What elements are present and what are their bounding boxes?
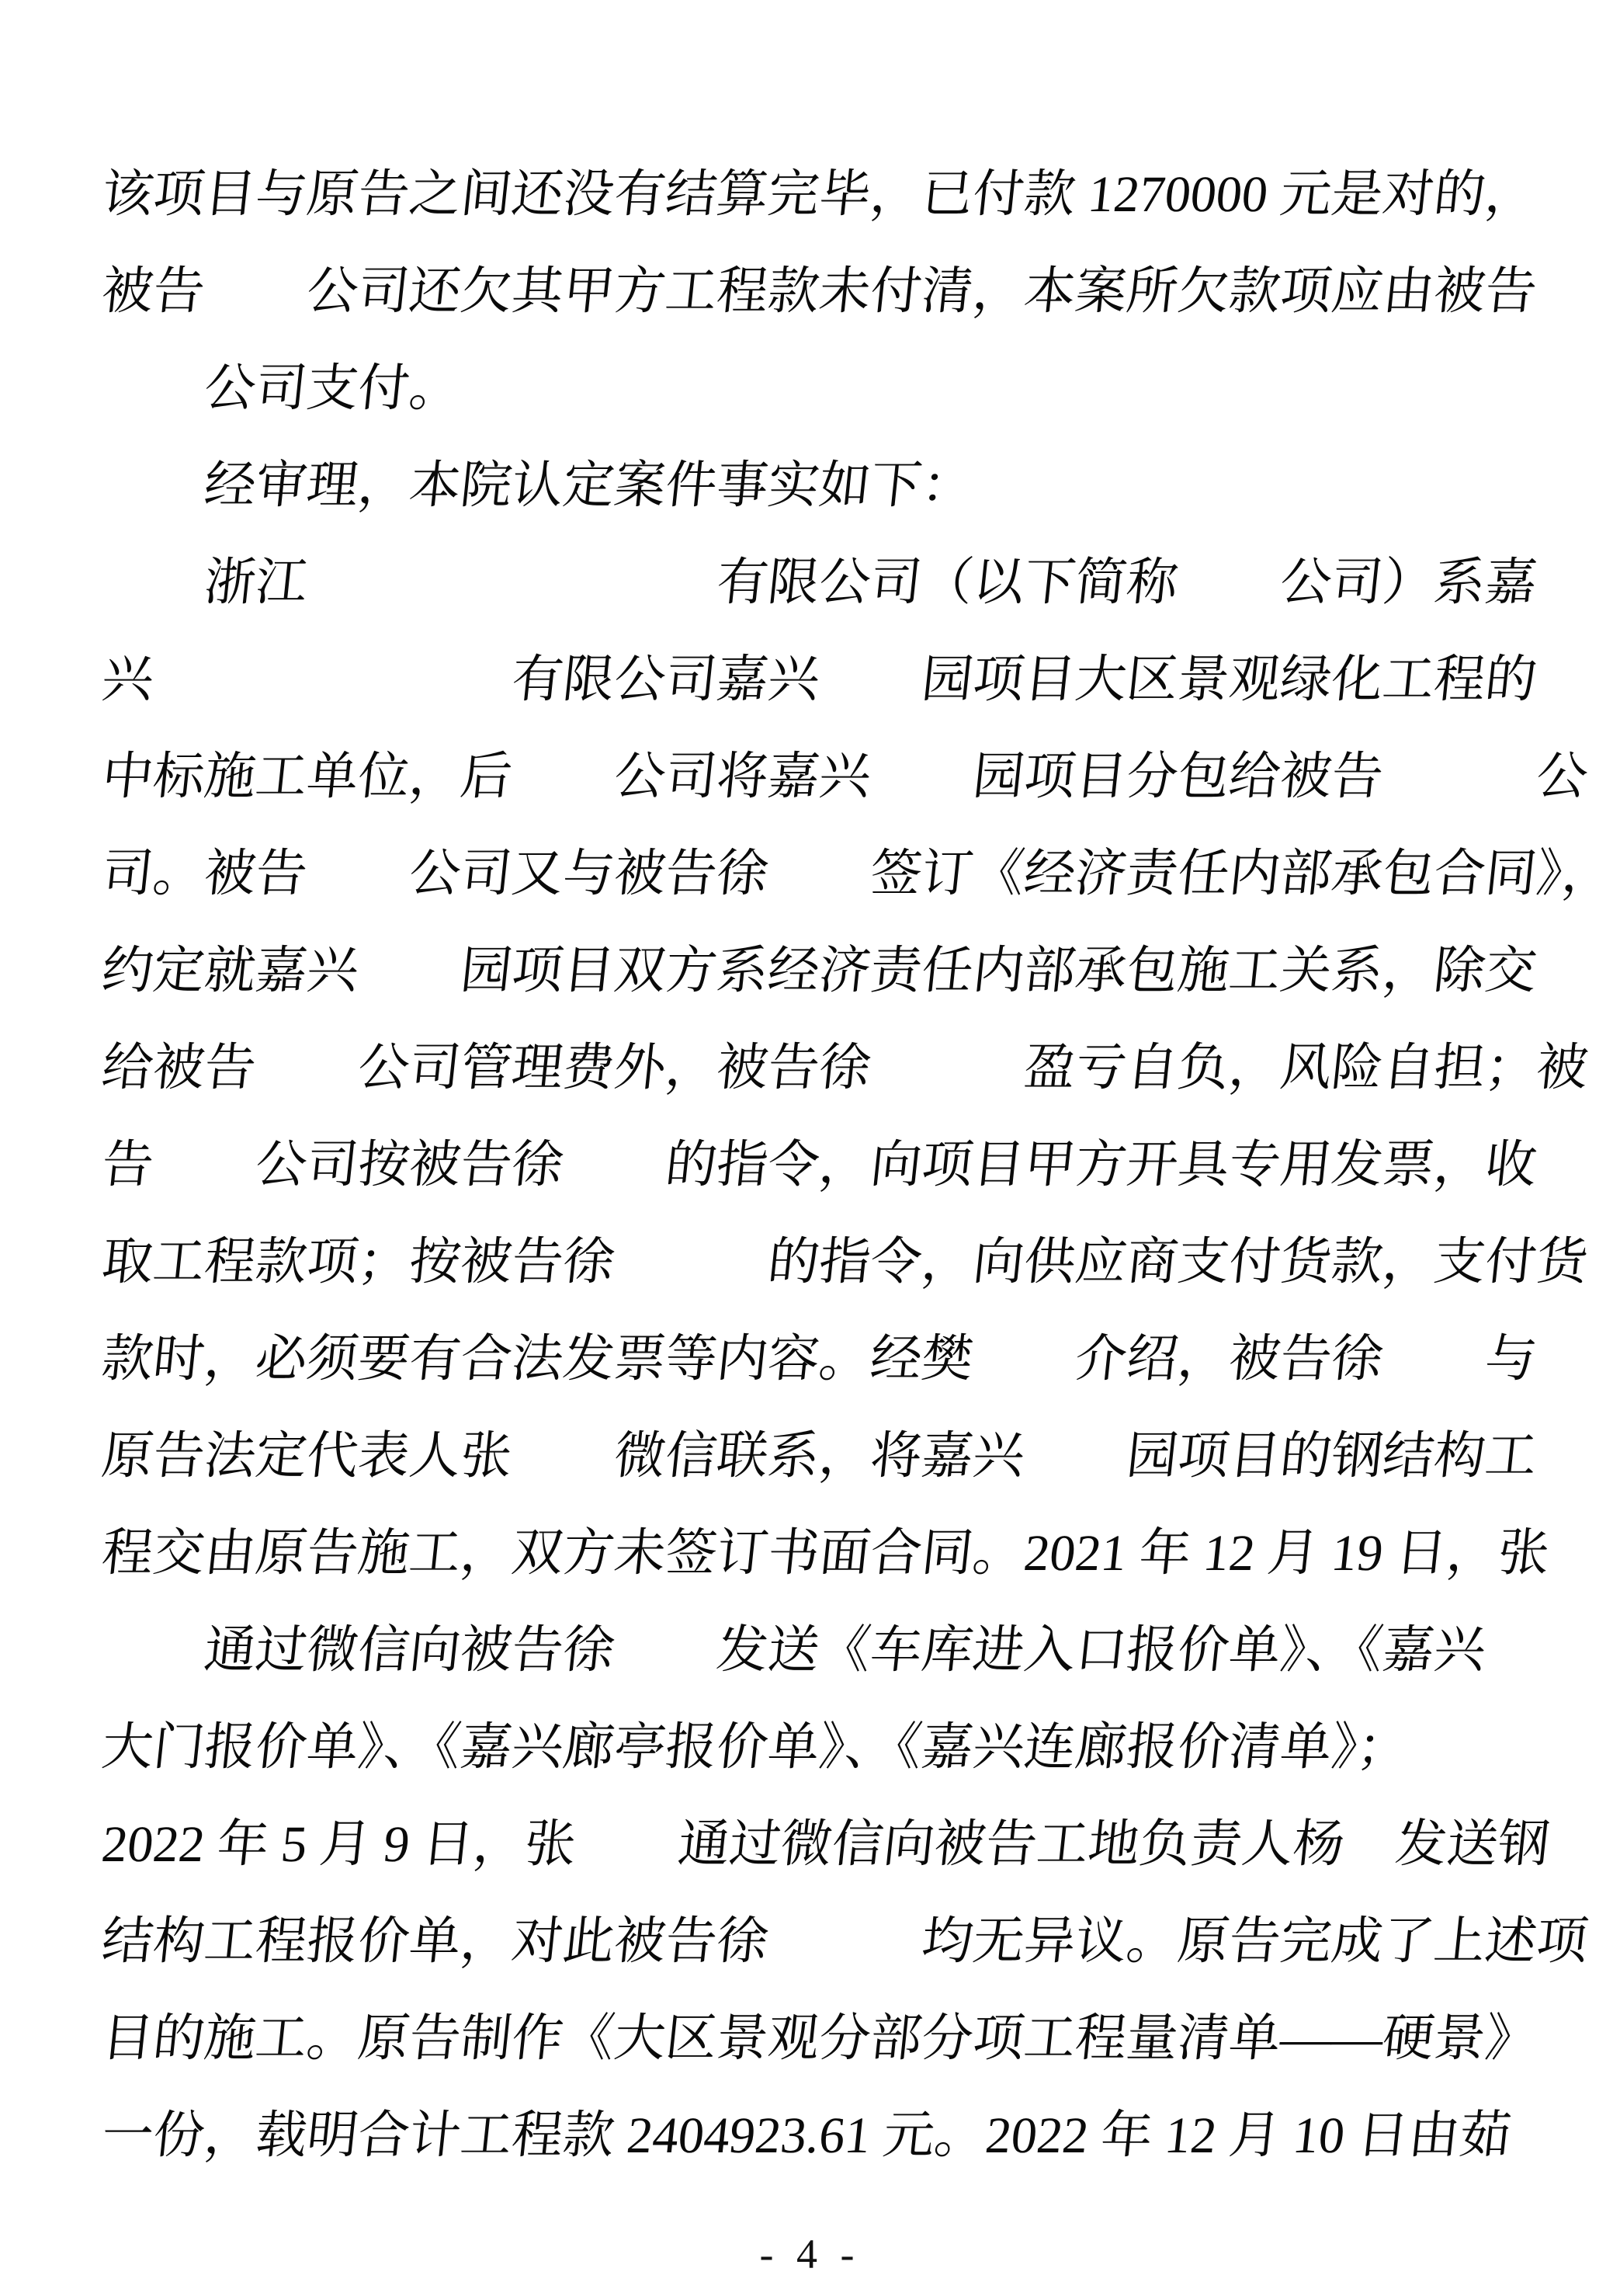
- text-line-5: 浙江 有限公司（以下简称 公司）系嘉: [97, 534, 1594, 631]
- text-line-20: 目的施工。原告制作《大区景观分部分项工程量清单——硬景》: [97, 1990, 1594, 2087]
- text-line-17: 大门报价单》、《嘉兴廊亭报价单》、《嘉兴连廊报价清单》；: [97, 1699, 1594, 1796]
- text-line-1: 该项目与原告之间还没有结算完毕，已付款 1270000 元是对的，: [97, 146, 1594, 243]
- text-line-21: 一份，载明合计工程款 2404923.61 元。2022 年 12 月 10 日…: [97, 2087, 1594, 2184]
- text-line-7: 中标施工单位，后 公司将嘉兴 园项目分包给被告 公: [97, 728, 1594, 825]
- text-line-4: 经审理，本院认定案件事实如下：: [97, 437, 1594, 534]
- judgment-scan-page: 该项目与原告之间还没有结算完毕，已付款 1270000 元是对的， 被告 公司还…: [0, 0, 1620, 2296]
- text-line-11: 告 公司按被告徐 的指令，向项目甲方开具专用发票，收: [97, 1117, 1594, 1214]
- text-line-3: 公司支付。: [97, 340, 1594, 437]
- text-line-14: 原告法定代表人张 微信联系，将嘉兴 园项目的钢结构工: [97, 1408, 1594, 1505]
- text-line-6: 兴 有限公司嘉兴 园项目大区景观绿化工程的: [97, 631, 1594, 728]
- text-line-19: 结构工程报价单，对此被告徐 均无异议。原告完成了上述项: [97, 1893, 1594, 1990]
- text-line-2: 被告 公司还欠其甲方工程款未付清，本案所欠款项应由被告: [97, 243, 1594, 340]
- text-line-13: 款时，必须要有合法发票等内容。经樊 介绍，被告徐 与: [97, 1311, 1594, 1408]
- text-line-15: 程交由原告施工，双方未签订书面合同。2021 年 12 月 19 日，张: [97, 1505, 1594, 1602]
- text-line-18: 2022 年 5 月 9 日，张 通过微信向被告工地负责人杨 发送钢: [97, 1796, 1594, 1893]
- text-line-8: 司。被告 公司又与被告徐 签订《经济责任内部承包合同》，: [97, 825, 1594, 922]
- document-body-text: 该项目与原告之间还没有结算完毕，已付款 1270000 元是对的， 被告 公司还…: [97, 146, 1584, 2184]
- text-line-10: 给被告 公司管理费外，被告徐 盈亏自负，风险自担；被: [97, 1019, 1594, 1117]
- text-line-12: 取工程款项；按被告徐 的指令，向供应商支付货款，支付货: [97, 1214, 1594, 1311]
- page-number: - 4 -: [0, 2227, 1620, 2281]
- text-line-16: 通过微信向被告徐 发送《车库进入口报价单》、《嘉兴: [97, 1602, 1594, 1699]
- text-line-9: 约定就嘉兴 园项目双方系经济责任内部承包施工关系，除交: [97, 922, 1594, 1019]
